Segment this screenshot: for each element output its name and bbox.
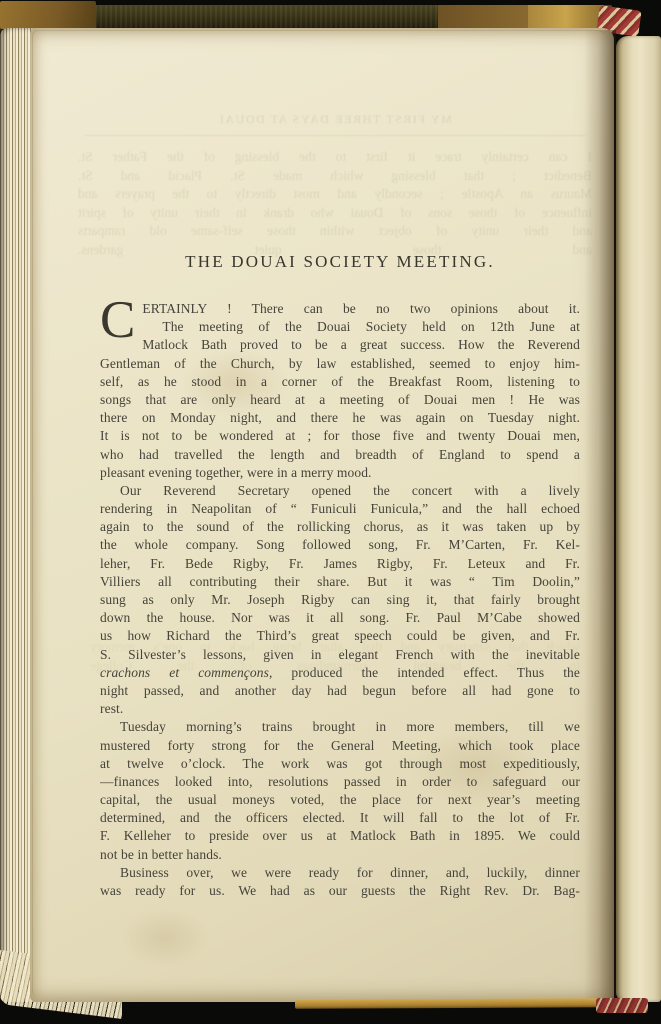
text-line: Our Reverend Secretary opened the concer… [100, 482, 580, 500]
text-segment: again to the sound of the rollicking cho… [100, 519, 580, 534]
text-line: Matlock Bath proved to be a great succes… [142, 336, 580, 354]
text-segment: The meeting of the Douai Society held on… [162, 319, 580, 334]
bleed-through-text: MY FIRST THREE DAYS AT DOUAI I can certa… [78, 112, 592, 260]
text-segment: Villiers all contributing their share. B… [100, 574, 580, 589]
text-line: The meeting of the Douai Society held on… [142, 318, 580, 336]
text-segment: leher, Fr. Bede Rigby, Fr. James Rigby, … [100, 556, 580, 571]
text-segment: songs that are only heard at a meeting o… [100, 392, 580, 407]
age-spot [120, 908, 210, 968]
text-segment: the whole company. Song followed song, F… [100, 537, 580, 552]
text-segment: pleasant evening together, were in a mer… [100, 465, 372, 480]
text-segment: —finances looked into, resolutions passe… [100, 774, 580, 789]
text-line: songs that are only heard at a meeting o… [100, 391, 580, 409]
text-line: crachons et commençons, produced the int… [100, 664, 580, 682]
text-segment: , produced the intended effect. Thus the [269, 665, 580, 680]
text-line: down the house. Nor was it all song. Fr.… [100, 609, 580, 627]
paragraph: Tuesday morning’s trains brought in more… [100, 718, 580, 864]
text-line: capital, the usual moneys voted, the pla… [100, 791, 580, 809]
text-segment: us how Richard the Third’s great speech … [100, 628, 580, 643]
text-line: Business over, we were ready for dinner,… [100, 864, 580, 882]
text-segment: F. Kelleher to preside over us at Matloc… [100, 828, 580, 843]
text-segment: sung as only Mr. Joseph Rigby can sing i… [100, 592, 580, 607]
drop-cap-letter: C [100, 300, 142, 338]
gilt-bottom-edge [295, 998, 607, 1009]
text-line: the whole company. Song followed song, F… [100, 536, 580, 554]
text-segment: at twelve o’clock. The work was got thro… [100, 756, 580, 771]
text-segment: It is not to be wondered at ; for those … [100, 428, 580, 443]
photo-background: MY FIRST THREE DAYS AT DOUAI I can certa… [0, 0, 661, 1024]
text-line: again to the sound of the rollicking cho… [100, 518, 580, 536]
text-line: us how Richard the Third’s great speech … [100, 627, 580, 645]
paragraph: CERTAINLY ! There can be no two opinions… [100, 300, 580, 482]
page-title: THE DOUAI SOCIETY MEETING. [100, 250, 580, 274]
text-line: Villiers all contributing their share. B… [100, 573, 580, 591]
text-segment: ERTAINLY ! There can be no two opinions … [142, 301, 580, 316]
text-line: self, as he stood in a corner of the Bre… [100, 373, 580, 391]
text-line: who had travelled the length and breadth… [100, 446, 580, 464]
headband-bottom [596, 998, 648, 1013]
text-line: pleasant evening together, were in a mer… [100, 464, 580, 482]
bleed-through-line: influence of those sons of Douai who dra… [78, 204, 592, 223]
text-segment: night passed, and another day had begun … [100, 683, 580, 698]
text-line: not be in better hands. [100, 846, 580, 864]
bleed-through-line: and their unity of object within those s… [78, 222, 592, 241]
book-page: MY FIRST THREE DAYS AT DOUAI I can certa… [30, 28, 614, 1002]
text-line: determined, and the officers elected. It… [100, 809, 580, 827]
text-line: S. Silvester’s lessons, given in elegant… [100, 646, 580, 664]
bleed-through-line: Benedict ; that blessing which made St. … [78, 167, 592, 186]
text-segment: Business over, we were ready for dinner,… [120, 865, 580, 880]
text-line: at twelve o’clock. The work was got thro… [100, 755, 580, 773]
text-line: was ready for us. We had as our guests t… [100, 882, 580, 900]
bleed-through-line: I can certainly trace it first to the bl… [78, 148, 592, 167]
text-line: sung as only Mr. Joseph Rigby can sing i… [100, 591, 580, 609]
text-segment: self, as he stood in a corner of the Bre… [100, 374, 580, 389]
text-segment: down the house. Nor was it all song. Fr.… [100, 610, 580, 625]
italic-phrase: crachons et commençons [100, 665, 269, 680]
text-segment: Tuesday morning’s trains brought in more… [120, 719, 580, 734]
text-line: It is not to be wondered at ; for those … [100, 427, 580, 445]
paragraph: Business over, we were ready for dinner,… [100, 864, 580, 900]
text-segment: mustered forty strong for the General Me… [100, 738, 580, 753]
text-segment: Gentleman of the Church, by law establis… [100, 356, 580, 371]
text-segment: was ready for us. We had as our guests t… [100, 883, 580, 898]
cover-worn-patch-left [0, 1, 96, 29]
text-line: leher, Fr. Bede Rigby, Fr. James Rigby, … [100, 555, 580, 573]
facing-page-edge [616, 36, 661, 1002]
text-line: night passed, and another day had begun … [100, 682, 580, 700]
text-segment: rendering in Neapolitan of “ Funiculi Fu… [100, 501, 580, 516]
bleed-through-rule [84, 135, 586, 136]
text-segment: rest. [100, 701, 123, 716]
text-segment: S. Silvester’s lessons, given in elegant… [100, 647, 580, 662]
text-line: there on Monday night, and there he was … [100, 409, 580, 427]
text-line: Gentleman of the Church, by law establis… [100, 355, 580, 373]
text-segment: not be in better hands. [100, 847, 222, 862]
text-line: rendering in Neapolitan of “ Funiculi Fu… [100, 500, 580, 518]
text-line: —finances looked into, resolutions passe… [100, 773, 580, 791]
body-text: CERTAINLY ! There can be no two opinions… [100, 300, 580, 900]
printed-text-block: THE DOUAI SOCIETY MEETING. CERTAINLY ! T… [100, 250, 580, 900]
text-segment: determined, and the officers elected. It… [100, 810, 580, 825]
bleed-through-header: MY FIRST THREE DAYS AT DOUAI [78, 112, 592, 127]
text-line: ERTAINLY ! There can be no two opinions … [142, 300, 580, 318]
text-line: Tuesday morning’s trains brought in more… [100, 718, 580, 736]
paragraph: Our Reverend Secretary opened the concer… [100, 482, 580, 718]
text-segment: Our Reverend Secretary opened the concer… [120, 483, 580, 498]
text-segment: there on Monday night, and there he was … [100, 410, 580, 425]
text-line: F. Kelleher to preside over us at Matloc… [100, 827, 580, 845]
bleed-through-lines: I can certainly trace it first to the bl… [78, 148, 592, 260]
bleed-through-line: Maurus an Apostle ; secondly and most di… [78, 185, 592, 204]
text-segment: capital, the usual moneys voted, the pla… [100, 792, 580, 807]
text-line: rest. [100, 700, 580, 718]
text-line: mustered forty strong for the General Me… [100, 737, 580, 755]
text-segment: who had travelled the length and breadth… [100, 447, 580, 462]
text-segment: Matlock Bath proved to be a great succes… [142, 337, 580, 352]
